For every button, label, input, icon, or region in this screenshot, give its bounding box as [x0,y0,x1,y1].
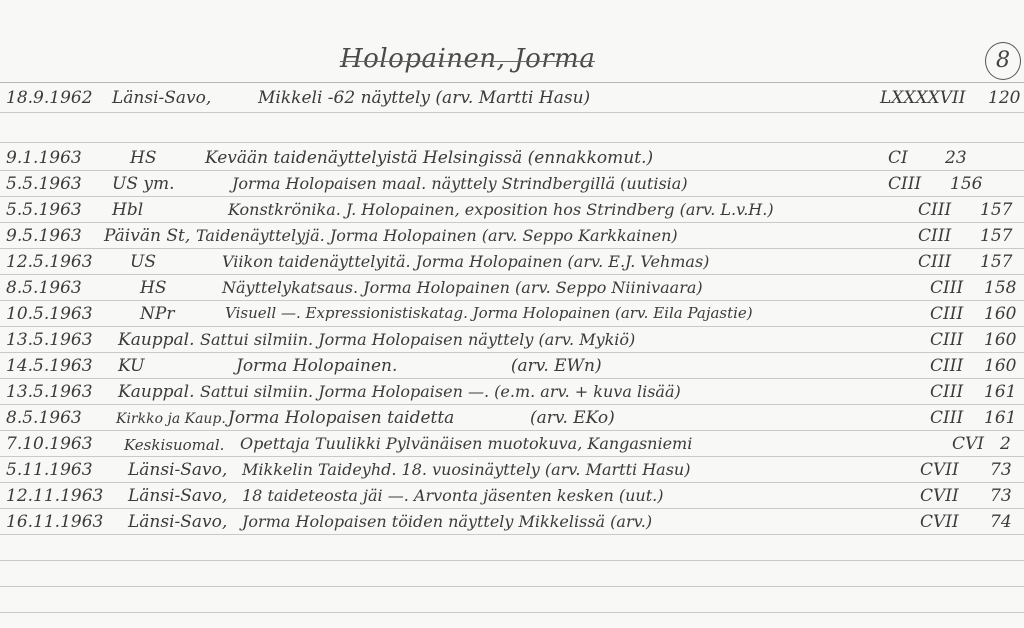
entry-row: 13.5.1963 Kauppal. Sattui silmiin. Jorma… [0,330,1024,354]
rule-line [0,82,1024,83]
entry-date: 5.11.1963 [6,460,93,480]
entry-text: Mikkeli -62 näyttely (arv. Martti Hasu) [258,88,590,108]
entry-date: 16.11.1963 [6,512,103,532]
entry-page: 73 [990,460,1012,480]
entry-volume: CVII [920,512,959,532]
entry-page: 157 [980,226,1012,246]
entry-row: 9.5.1963 Päivän St, Taidenäyttelyjä. Jor… [0,226,1024,250]
entry-row: 7.10.1963 Keskisuomal. Opettaja Tuulikki… [0,434,1024,458]
entry-text: Opettaja Tuulikki Pylvänäisen muotokuva,… [240,434,692,453]
entry-text: Visuell —. Expressionistiskatag. Jorma H… [225,304,753,322]
entry-volume: CVII [920,460,959,480]
entry-page: 73 [990,486,1012,506]
rule-line [0,612,1024,613]
entry-row: 12.11.1963 Länsi-Savo, 18 taideteosta jä… [0,486,1024,510]
entry-source: HS [130,148,156,168]
entry-volume: CIII [930,304,963,324]
entry-page: 160 [984,304,1016,324]
entry-page: 74 [990,512,1012,532]
entry-source: HS [140,278,166,298]
entry-date: 12.11.1963 [6,486,103,506]
entry-volume: CVII [920,486,959,506]
entry-source: Länsi-Savo, [128,486,227,506]
entry-volume: CIII [918,200,951,220]
entry-date: 8.5.1963 [6,408,82,428]
entry-text: Sattui silmiin. Jorma Holopaisen näyttel… [200,330,635,349]
entry-text: Jorma Holopaisen töiden näyttely Mikkeli… [242,512,652,531]
entry-text: Jorma Holopainen. (arv. EWn) [236,356,602,376]
entry-date: 10.5.1963 [6,304,93,324]
entry-date: 9.5.1963 [6,226,82,246]
entry-page: 23 [945,148,967,168]
entry-text: Taidenäyttelyjä. Jorma Holopainen (arv. … [196,226,678,245]
entry-text: Mikkelin Taideyhd. 18. vuosinäyttely (ar… [242,460,690,479]
entry-row: 13.5.1963 Kauppal. Sattui silmiin. Jorma… [0,382,1024,406]
entry-source: NPr [140,304,174,324]
entry-page: 161 [984,382,1016,402]
entry-date: 9.1.1963 [6,148,82,168]
entry-page: 2 [1000,434,1011,454]
entry-volume: CIII [888,174,921,194]
entry-date: 14.5.1963 [6,356,93,376]
entry-volume: CIII [930,356,963,376]
title-strikethrough [340,61,595,62]
entry-text: Viikon taidenäyttelyitä. Jorma Holopaine… [222,252,709,271]
entry-date: 8.5.1963 [6,278,82,298]
entry-page: 156 [950,174,982,194]
entry-source: KU [118,356,144,376]
entry-row: 5.5.1963 Hbl Konstkrönika. J. Holopainen… [0,200,1024,224]
card-title: Holopainen, Jorma [340,44,595,74]
entry-row: 10.5.1963 NPr Visuell —. Expressionistis… [0,304,1024,328]
entry-source: Kauppal. [118,330,195,350]
entry-source: Kauppal. [118,382,195,402]
entry-row: 8.5.1963 Kirkko ja Kaup. Jorma Holopaise… [0,408,1024,432]
entry-row: 8.5.1963 HS Näyttelykatsaus. Jorma Holop… [0,278,1024,302]
entry-row: 9.1.1963 HS Kevään taidenäyttelyistä Hel… [0,148,1024,172]
entry-date: 5.5.1963 [6,174,82,194]
entry-page: 157 [980,200,1012,220]
entry-page: 157 [980,252,1012,272]
rule-line [0,586,1024,587]
entry-page: 161 [984,408,1016,428]
entry-date: 13.5.1963 [6,382,93,402]
rule-line [0,142,1024,143]
entry-date: 18.9.1962 [6,88,93,108]
card-number-circle: 8 [985,42,1021,80]
entry-volume: CIII [918,252,951,272]
entry-text: Sattui silmiin. Jorma Holopaisen —. (e.m… [200,382,681,401]
card-title-text: Holopainen, Jorma [340,44,595,74]
entry-text: Konstkrönika. J. Holopainen, exposition … [228,200,774,219]
entry-text: Kevään taidenäyttelyistä Helsingissä (en… [205,148,653,168]
entry-source: Päivän St, [104,226,190,246]
entry-volume: CI [888,148,908,168]
entry-source: Länsi-Savo, [128,512,227,532]
entry-text: 18 taideteosta jäi —. Arvonta jäsenten k… [242,486,663,505]
entry-source: US [130,252,156,272]
entry-page: 160 [984,356,1016,376]
entry-source: Länsi-Savo, [128,460,227,480]
entry-volume: LXXXXVII [880,88,965,108]
entry-text: Näyttelykatsaus. Jorma Holopainen (arv. … [222,278,703,297]
rule-line [0,112,1024,113]
entry-page: 160 [984,330,1016,350]
entry-date: 5.5.1963 [6,200,82,220]
entry-source: Keskisuomal. [124,436,224,454]
entry-volume: CVI [952,434,984,454]
entry-date: 13.5.1963 [6,330,93,350]
entry-source: US ym. [112,174,175,194]
index-card: Holopainen, Jorma 8 18.9.1962 Länsi-Savo… [0,0,1024,628]
entry-row: 12.5.1963 US Viikon taidenäyttelyitä. Jo… [0,252,1024,276]
entry-source: Kirkko ja Kaup. [116,411,226,427]
entry-row: 18.9.1962 Länsi-Savo, Mikkeli -62 näytte… [0,88,1024,112]
entry-volume: CIII [930,408,963,428]
entry-volume: CIII [930,278,963,298]
entry-row: 5.5.1963 US ym. Jorma Holopaisen maal. n… [0,174,1024,198]
entry-date: 7.10.1963 [6,434,93,454]
entry-volume: CIII [930,382,963,402]
entry-page: 120 [988,88,1020,108]
entry-volume: CIII [918,226,951,246]
entry-text: Jorma Holopaisen taidetta (arv. EKo) [228,408,615,428]
entry-volume: CIII [930,330,963,350]
entry-row: 5.11.1963 Länsi-Savo, Mikkelin Taideyhd.… [0,460,1024,484]
entry-page: 158 [984,278,1016,298]
entry-row: 14.5.1963 KU Jorma Holopainen. (arv. EWn… [0,356,1024,380]
entry-row: 16.11.1963 Länsi-Savo, Jorma Holopaisen … [0,512,1024,536]
entry-text: Jorma Holopaisen maal. näyttely Strindbe… [232,174,688,193]
entry-source: Länsi-Savo, [112,88,211,108]
rule-line [0,560,1024,561]
entry-source: Hbl [112,200,143,220]
entry-date: 12.5.1963 [6,252,93,272]
